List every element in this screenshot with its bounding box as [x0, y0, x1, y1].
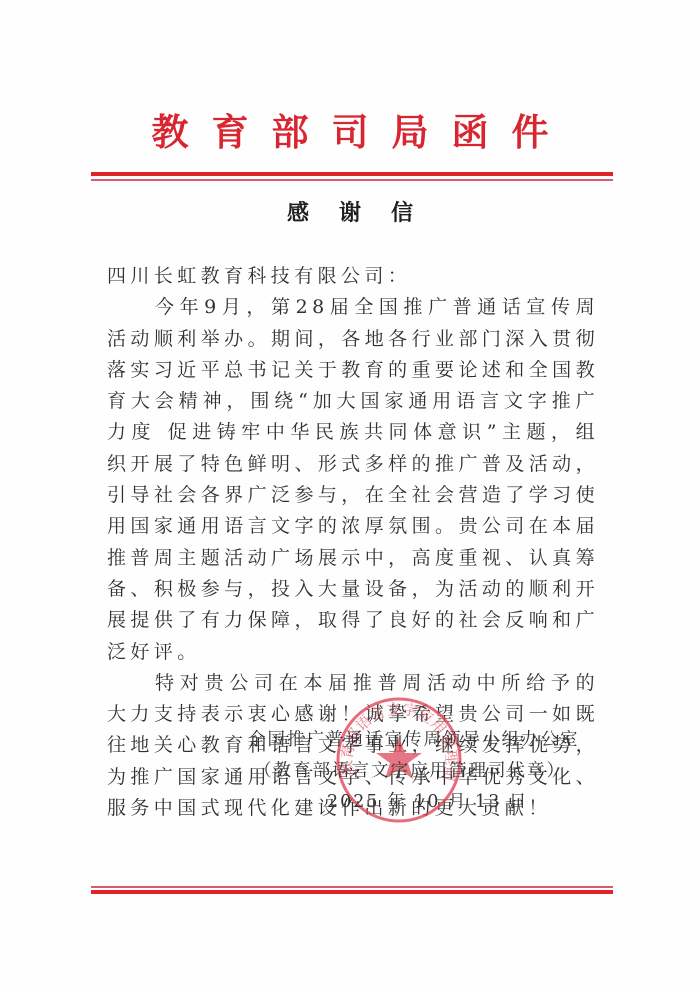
divider-thick-line [91, 890, 613, 894]
signature-date: 2025 年 10 月 13 日 [327, 788, 528, 813]
divider-thick-line [91, 172, 613, 176]
paragraph-1: 今年9月，第28届全国推广普通话宣传周活动顺利举办。期间，各地各行业部门深入贯彻… [107, 292, 599, 668]
signature-note: （教育部语言文字应用管理司代章） [254, 757, 566, 782]
salutation: 四川长虹教育科技有限公司： [107, 261, 599, 292]
letterhead-divider [91, 172, 613, 181]
document-title: 感谢信 [0, 196, 700, 227]
letter-page: 教育部司局函件 感谢信 四川长虹教育科技有限公司： 今年9月，第28届全国推广普… [0, 0, 700, 986]
signature-organization: 全国推广普通话宣传周领导小组办公室 [248, 726, 580, 751]
divider-thin-line [91, 886, 613, 888]
divider-thin-line [91, 179, 613, 181]
footer-divider [91, 886, 613, 894]
letterhead-title: 教育部司局函件 [0, 108, 700, 156]
